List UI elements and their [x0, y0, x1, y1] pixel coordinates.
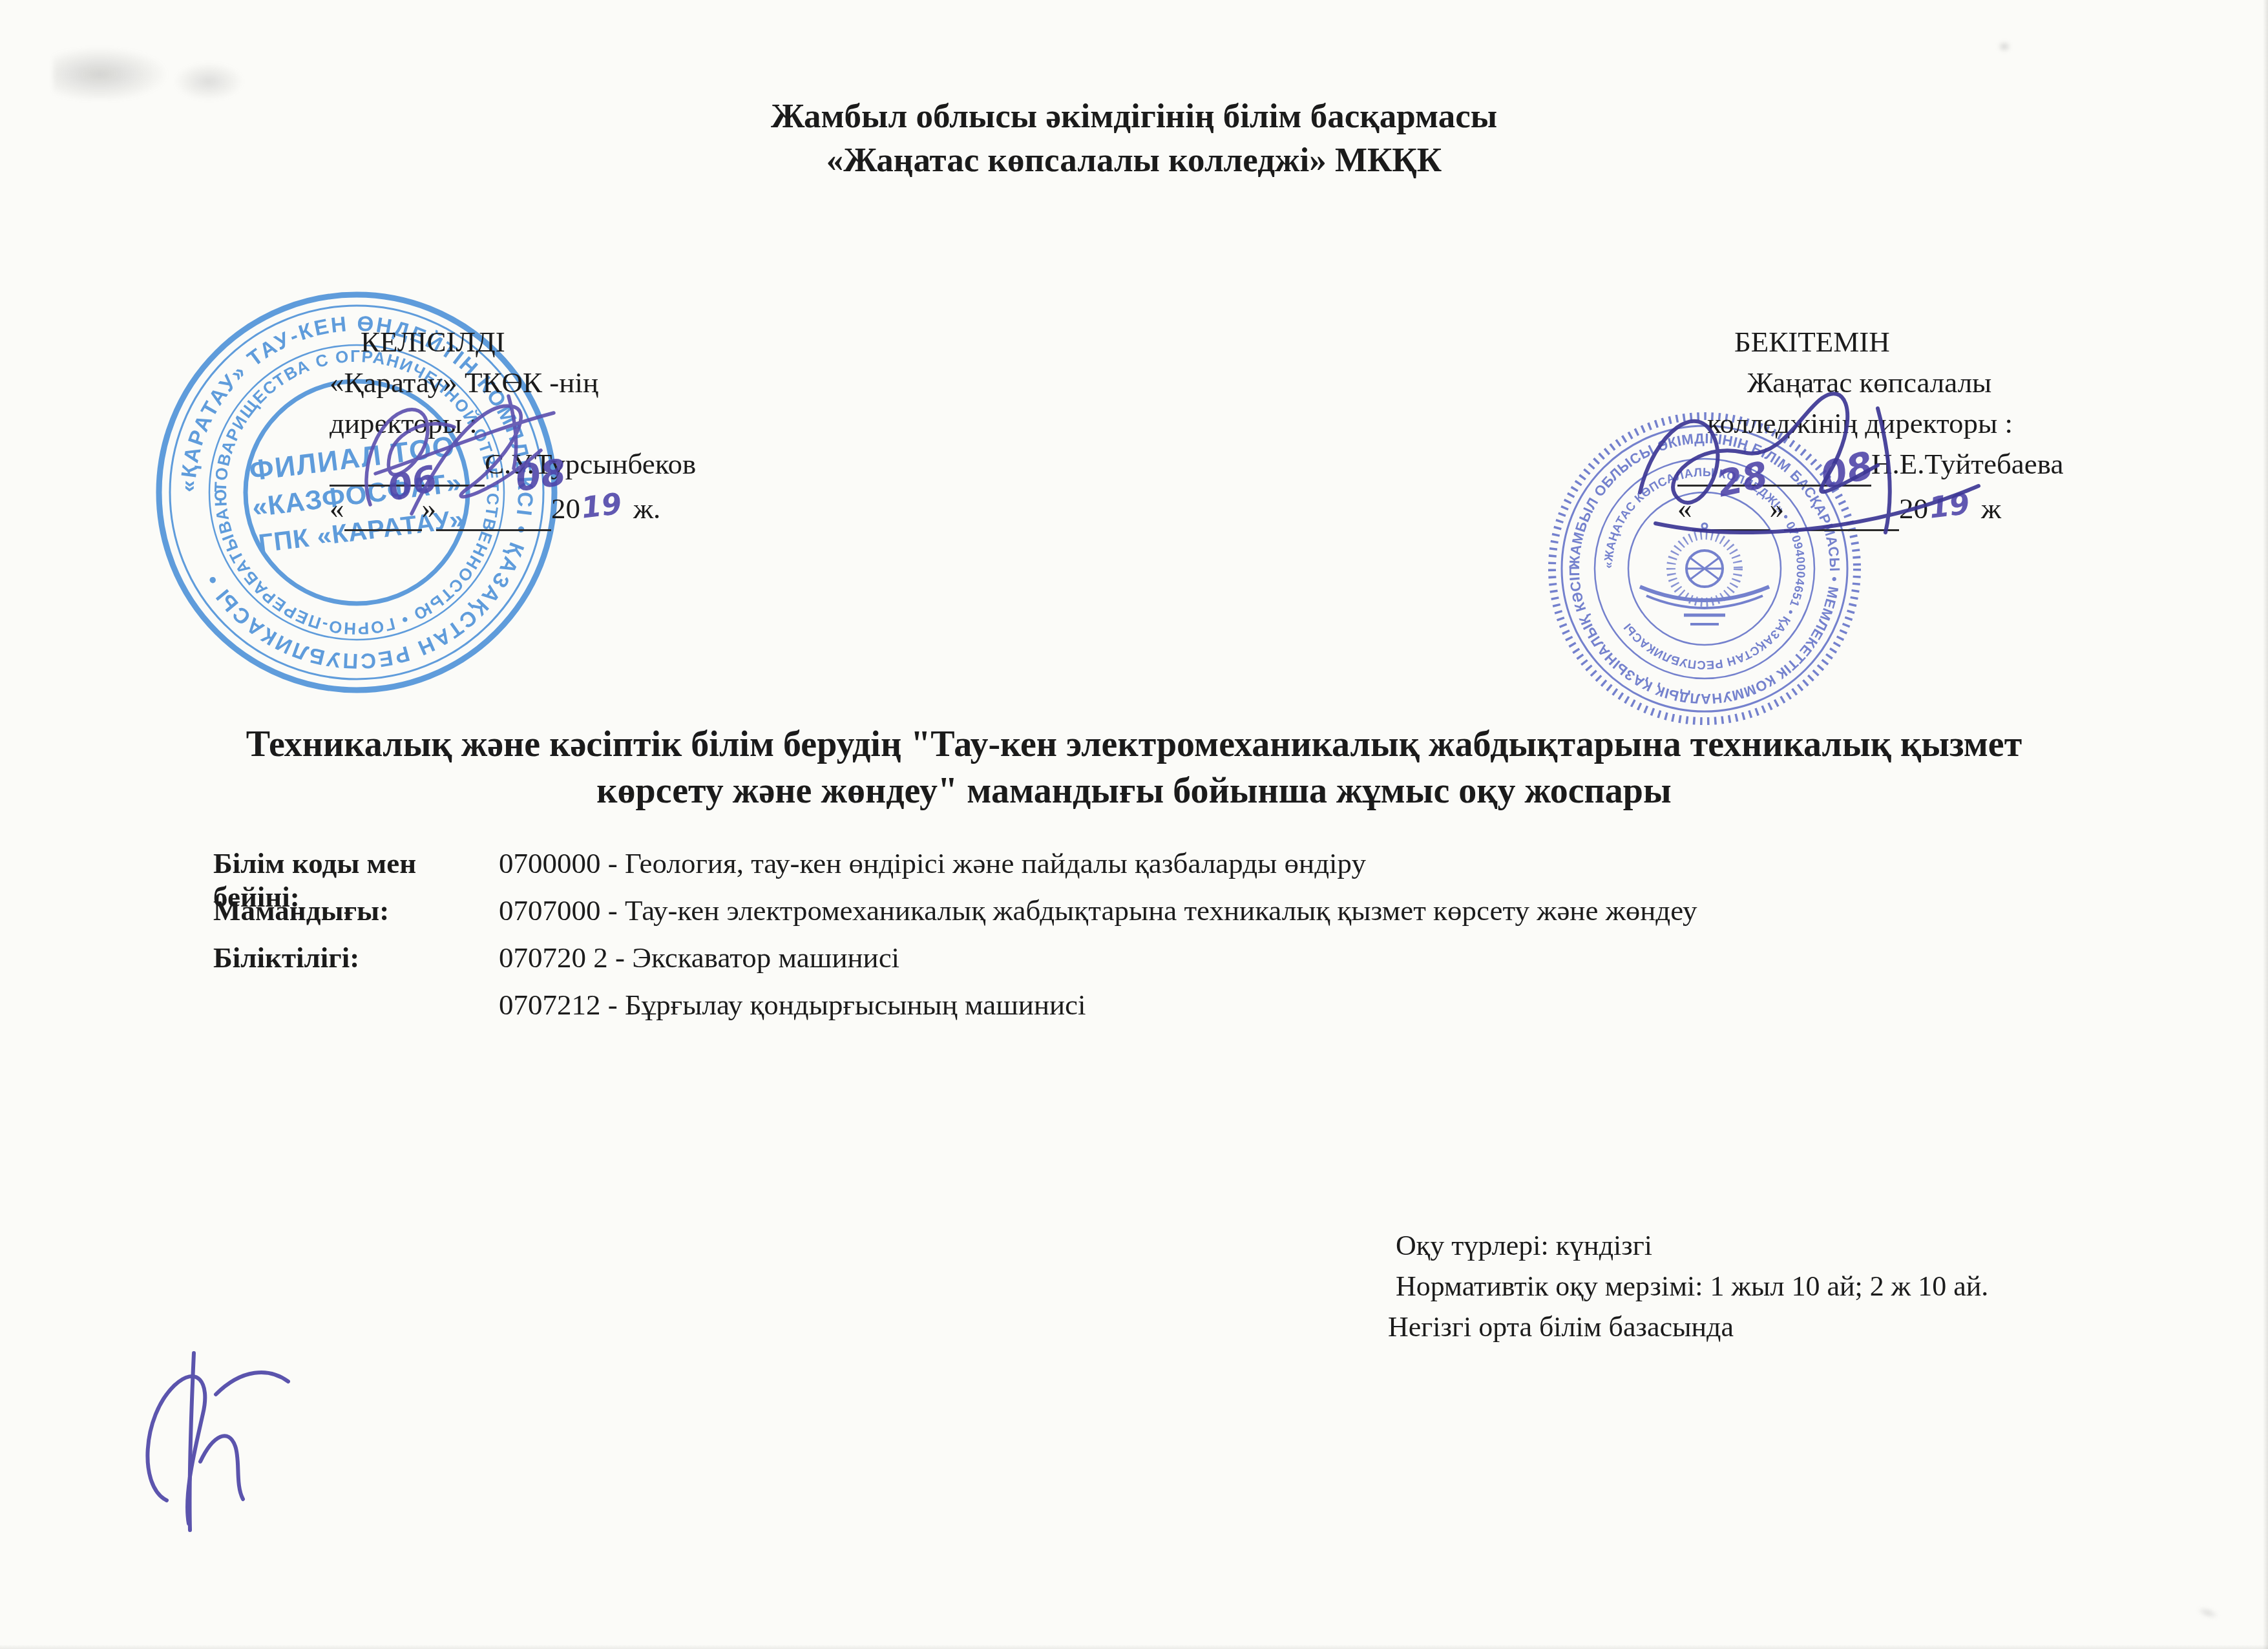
scan-speck [2196, 1606, 2220, 1620]
study-line2: Нормативтік оқу мерзімі: 1 жыл 10 ай; 2 … [1388, 1266, 2196, 1307]
approve-title: БЕКІТЕМІН [1677, 322, 2268, 362]
study-line3: Негізгі орта білім базасында [1388, 1307, 2196, 1347]
program-info-row: Мамандығы: 0707000 - Тау-кен электромеха… [213, 894, 2216, 941]
program-row-value: 0707212 - Бұрғылау қондырғысының машинис… [499, 988, 2216, 1022]
program-info: Білім коды мен бейіні: 0700000 - Геологи… [213, 846, 2216, 1035]
signature-ink-bottom [124, 1339, 305, 1552]
study-line1: Оқу түрлері: күндізгі [1388, 1225, 2196, 1266]
document-page: { "page": { "paper_color": "#fbfbf8", "t… [0, 0, 2268, 1649]
main-title-line2: көрсету және жөндеу" мамандығы бойынша ж… [0, 768, 2268, 814]
main-title: Техникалық және кәсіптік білім берудің "… [0, 721, 2268, 814]
program-row-value: 0707000 - Тау-кен электромеханикалық жаб… [499, 894, 2216, 927]
program-info-row: 0707212 - Бұрғылау қондырғысының машинис… [213, 988, 2216, 1035]
scan-speck [1998, 41, 2011, 52]
program-row-label: Мамандығы: [213, 894, 499, 927]
program-row-label: Біліктілігі: [213, 941, 499, 974]
program-row-value: 0700000 - Геология, тау-кен өндірісі жән… [499, 846, 2216, 880]
header-line2: «Жаңатас көпсалалы колледжі» МКҚК [0, 138, 2268, 182]
program-info-row: Біліктілігі: 070720 2 - Экскаватор машин… [213, 941, 2216, 988]
program-row-value: 070720 2 - Экскаватор машинисі [499, 941, 2216, 974]
program-info-row: Білім коды мен бейіні: 0700000 - Геологи… [213, 846, 2216, 894]
scan-edge-shadow [2263, 0, 2268, 1649]
study-info: Оқу түрлері: күндізгі Нормативтік оқу ме… [1388, 1225, 2196, 1347]
signature-ink-approve [1617, 370, 1998, 570]
date-suffix: ж. [626, 492, 661, 525]
header-line1: Жамбыл облысы әкімдігінің білім басқарма… [0, 94, 2268, 138]
agreed-title: КЕЛІСІЛДІ [330, 322, 963, 362]
scan-edge-shadow [0, 1644, 2268, 1649]
main-title-line1: Техникалық және кәсіптік білім берудің "… [0, 721, 2268, 768]
document-header: Жамбыл облысы әкімдігінің білім басқарма… [0, 94, 2268, 182]
quote-open: « [330, 492, 344, 525]
signature-ink-agreed [352, 378, 565, 540]
handwritten-year: 19 [579, 483, 624, 528]
